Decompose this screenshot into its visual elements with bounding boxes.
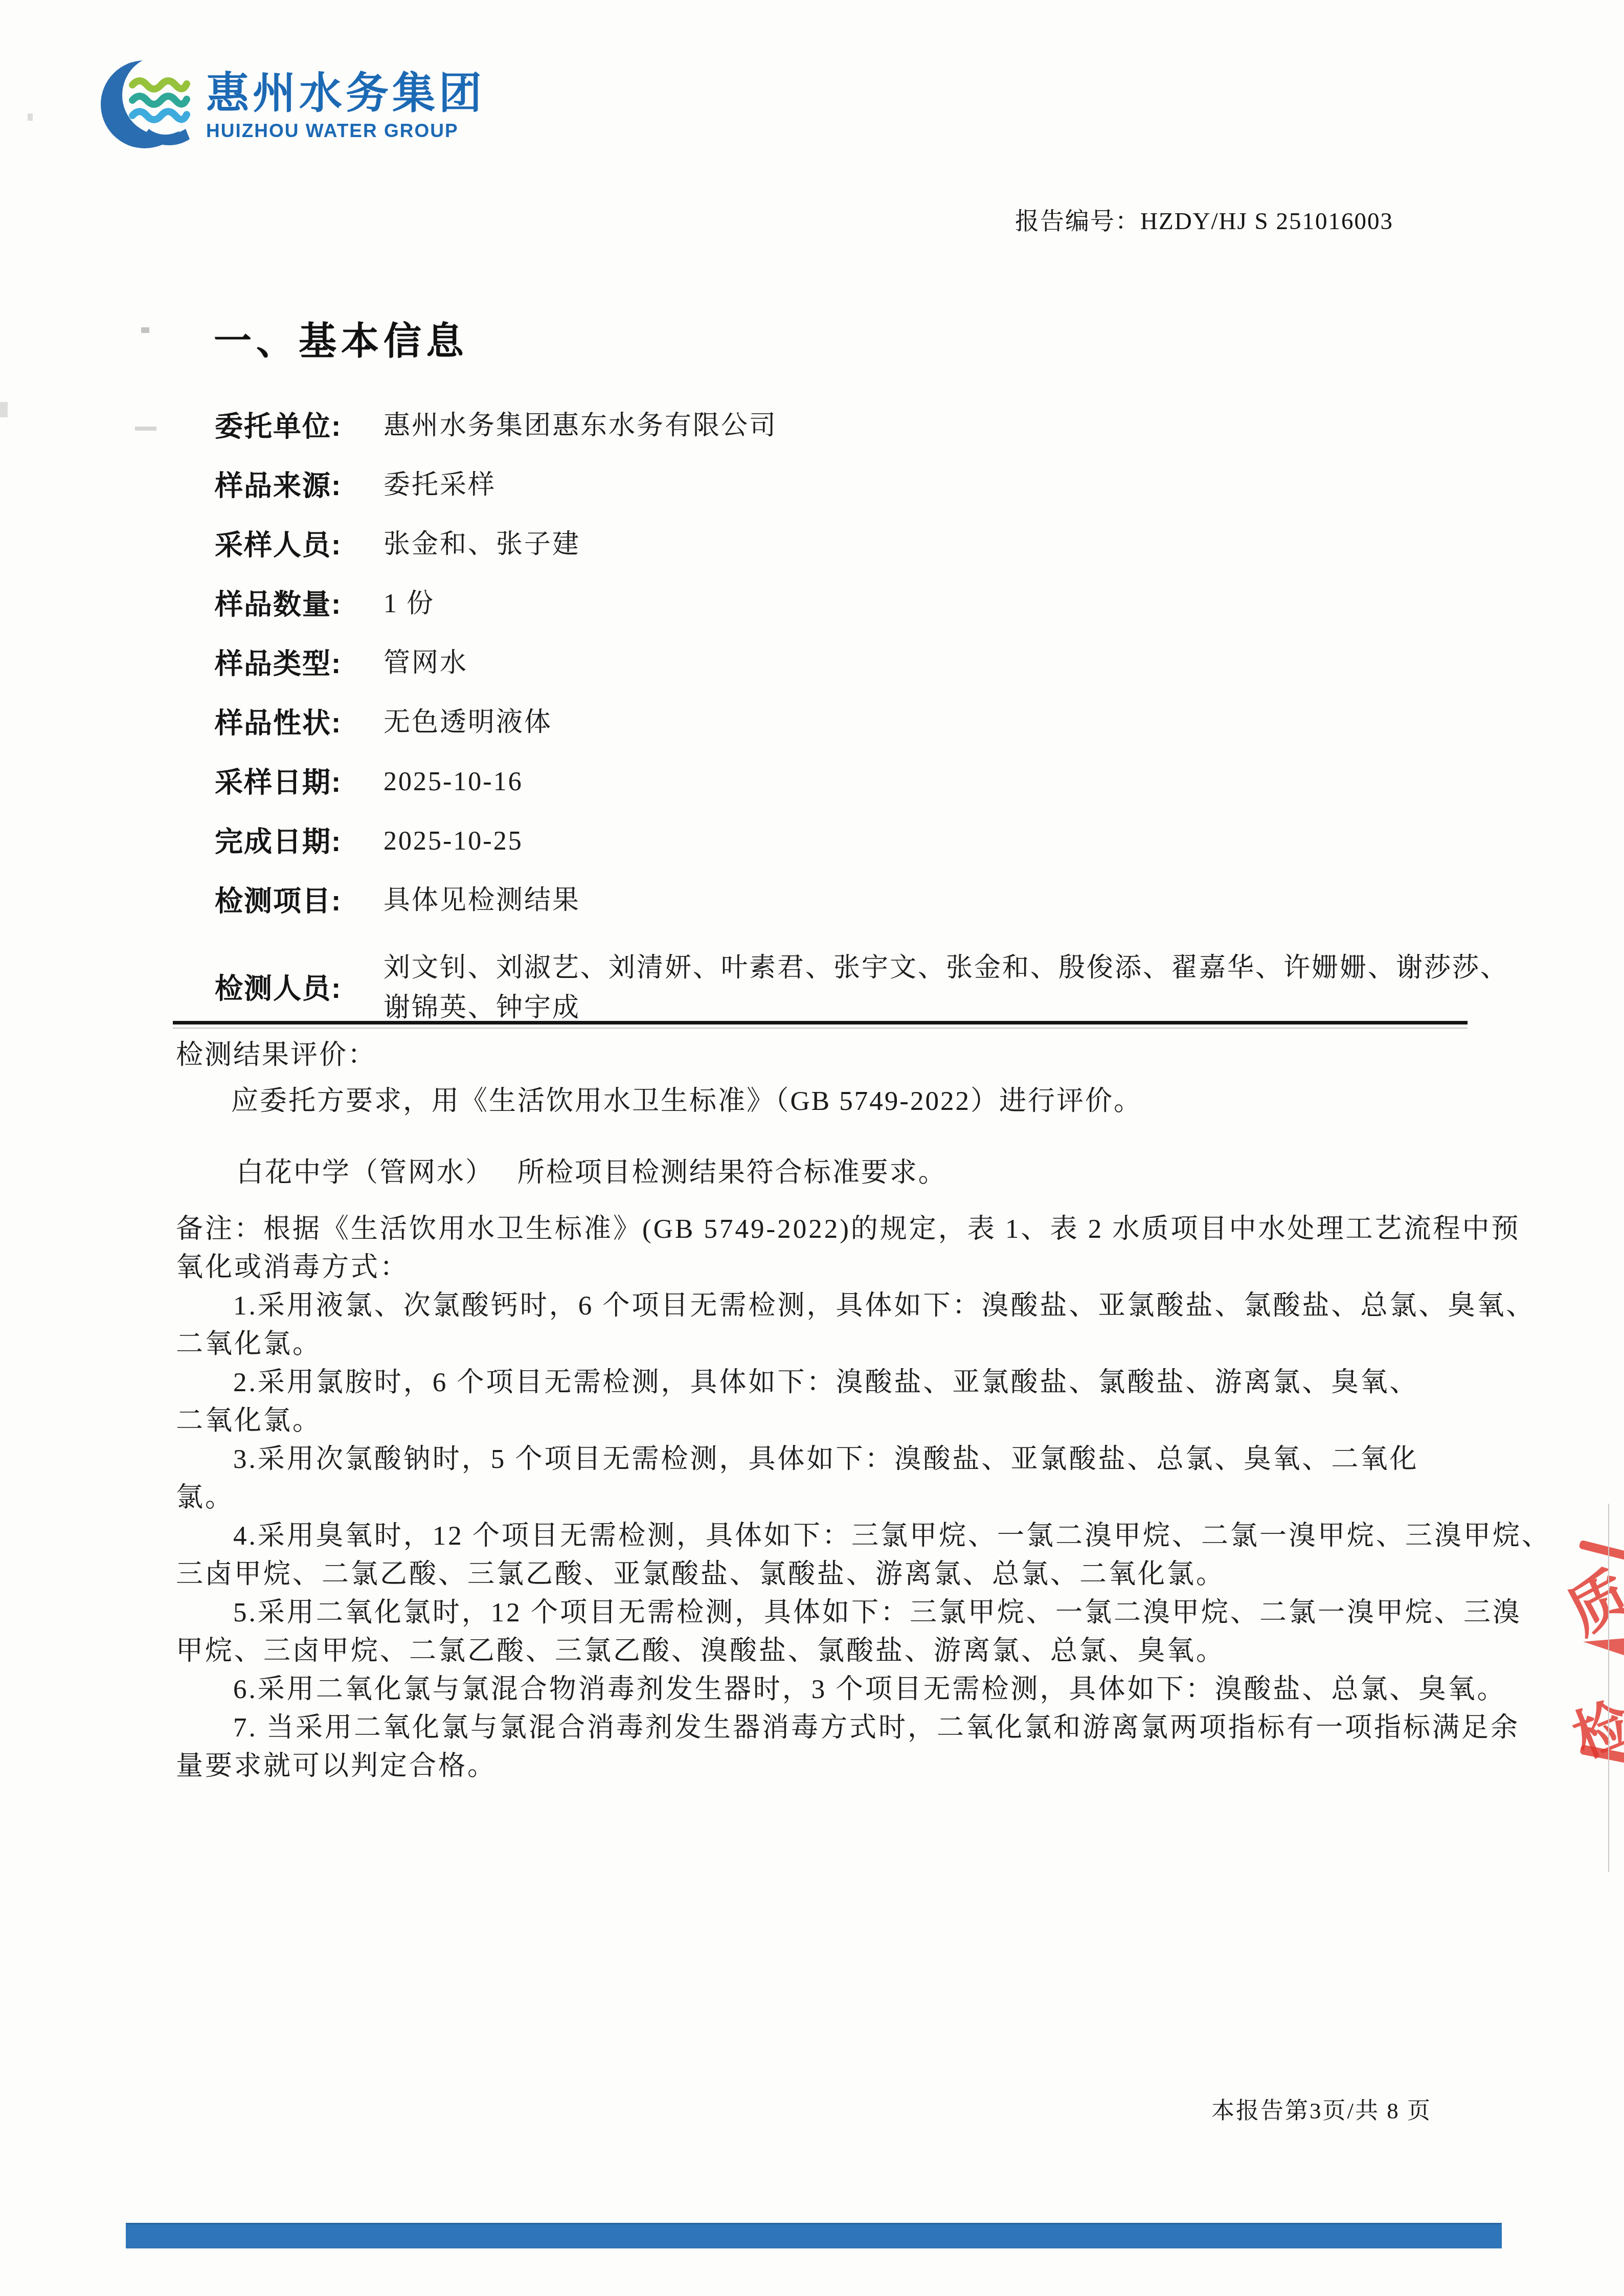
note-line: 3.采用次氯酸钠时，5 个项目无需检测，具体如下：溴酸盐、亚氯酸盐、总氯、臭氧、… [176,1440,1505,1479]
basic-info-list: 委托单位: 惠州水务集团惠东水务有限公司 样品来源: 委托采样 采样人员: 张金… [215,409,1473,1028]
logo: 惠州水务集团 HUIZHOU WATER GROUP [100,55,485,155]
info-label: 样品性状: [215,706,384,740]
scan-speck [28,114,33,121]
info-value: 委托采样 [384,469,496,502]
info-label: 采样日期: [215,765,384,799]
info-row-samplers: 采样人员: 张金和、张子建 [215,528,1473,587]
info-value: 管网水 [384,647,468,680]
note-line: 氯。 [176,1479,1505,1517]
info-value: 1 份 [384,587,435,621]
info-label: 样品数量: [215,587,384,621]
note-line: 备注：根据《生活饮用水卫生标准》(GB 5749-2022)的规定，表 1、表 … [176,1210,1505,1249]
info-value: 具体见检测结果 [384,884,580,918]
scan-edge-line [1608,1504,1609,1872]
evaluation-heading: 检测结果评价： [176,1033,376,1072]
note-line: 2.采用氯胺时，6 个项目无需检测，具体如下：溴酸盐、亚氯酸盐、氯酸盐、游离氯、… [176,1364,1505,1402]
note-line: 甲烷、三卤甲烷、二氯乙酸、三氯乙酸、溴酸盐、氯酸盐、游离氯、总氯、臭氧。 [176,1632,1505,1670]
info-label: 完成日期: [215,824,384,858]
evaluation-result-line: 白花中学（管网水） 所检项目检测结果符合标准要求。 [236,1151,947,1190]
note-line: 4.采用臭氧时，12 个项目无需检测，具体如下：三氯甲烷、一氯二溴甲烷、二氯一溴… [176,1517,1505,1555]
scan-speck [141,327,149,333]
note-line: 三卤甲烷、二氯乙酸、三氯乙酸、亚氯酸盐、氯酸盐、游离氯、总氯、二氧化氯。 [176,1555,1505,1594]
info-row-sample-type: 样品类型: 管网水 [215,647,1473,706]
info-label: 检测项目: [215,884,384,918]
footer-bar [126,2223,1502,2248]
info-row-test-personnel: 检测人员: 刘文钊、刘淑艺、刘清妍、叶素君、张宇文、张金和、殷俊添、翟嘉华、许姗… [215,948,1473,1028]
section-divider [173,1021,1468,1024]
stamp-character: 质 [1550,1547,1624,1651]
info-row-completion-date: 完成日期: 2025-10-25 [215,824,1473,884]
info-label: 样品来源: [215,469,384,502]
info-label: 样品类型: [215,647,384,680]
water-group-logo-icon [100,55,197,155]
info-value: 无色透明液体 [384,706,552,740]
stamp-stroke [1580,1745,1624,1764]
section-title: 一、基本信息 [214,311,468,365]
stamp-stroke [1578,1540,1624,1561]
stamp-character: 检 [1560,1678,1624,1772]
info-value: 2025-10-25 [384,824,523,858]
info-label: 委托单位: [215,409,384,443]
section-divider-echo [173,1028,1468,1029]
stamp-fragment [1582,1632,1624,1656]
personnel-line-1: 刘文钊、刘淑艺、刘清妍、叶素君、张宇文、张金和、殷俊添、翟嘉华、许姗姗、谢莎莎、 [384,948,1508,988]
note-line: 1.采用液氯、次氯酸钙时，6 个项目无需检测，具体如下：溴酸盐、亚氯酸盐、氯酸盐… [176,1287,1505,1325]
note-line: 5.采用二氧化氯时，12 个项目无需检测，具体如下：三氯甲烷、一氯二溴甲烷、二氯… [176,1594,1505,1632]
info-row-client: 委托单位: 惠州水务集团惠东水务有限公司 [215,409,1473,469]
report-number-label: 报告编号： [1015,208,1140,235]
report-number-value: HZDY/HJ S 251016003 [1140,208,1393,235]
info-row-sampling-date: 采样日期: 2025-10-16 [215,765,1473,824]
info-value: 刘文钊、刘淑艺、刘清妍、叶素君、张宇文、张金和、殷俊添、翟嘉华、许姗姗、谢莎莎、… [384,948,1508,1028]
info-row-test-items: 检测项目: 具体见检测结果 [215,884,1473,943]
note-line: 7. 当采用二氧化氯与氯混合消毒剂发生器消毒方式时，二氧化氯和游离氯两项指标有一… [176,1709,1505,1747]
logo-subtitle: HUIZHOU WATER GROUP [206,120,485,142]
info-label: 检测人员: [215,971,384,1005]
note-line: 二氧化氯。 [176,1402,1505,1440]
note-line: 氧化或消毒方式： [176,1249,1505,1287]
info-row-sample-appearance: 样品性状: 无色透明液体 [215,706,1473,765]
info-row-sample-count: 样品数量: 1 份 [215,587,1473,647]
info-label: 采样人员: [215,528,384,562]
report-number: 报告编号：HZDY/HJ S 251016003 [1015,202,1393,236]
note-line: 量要求就可以判定合格。 [176,1747,1505,1786]
info-value: 张金和、张子建 [384,528,580,562]
logo-title: 惠州水务集团 [206,70,485,117]
note-line: 二氧化氯。 [176,1325,1505,1364]
logo-text: 惠州水务集团 HUIZHOU WATER GROUP [206,55,485,142]
scan-speck [135,427,156,431]
info-value: 惠州水务集团惠东水务有限公司 [384,409,777,443]
note-line: 6.采用二氧化氯与氯混合物消毒剂发生器时，3 个项目无需检测，具体如下：溴酸盐、… [176,1670,1505,1709]
info-row-sample-source: 样品来源: 委托采样 [215,469,1473,528]
evaluation-standard-line: 应委托方要求，用《生活饮用水卫生标准》（GB 5749-2022）进行评价。 [231,1079,1142,1118]
report-page: 惠州水务集团 HUIZHOU WATER GROUP 报告编号：HZDY/HJ … [0,0,1624,2296]
info-value: 2025-10-16 [384,765,523,799]
footer-page-number: 本报告第3页/共 8 页 [1166,2092,1432,2125]
scan-speck [0,402,8,417]
notes-block: 备注：根据《生活饮用水卫生标准》(GB 5749-2022)的规定，表 1、表 … [176,1210,1505,1786]
